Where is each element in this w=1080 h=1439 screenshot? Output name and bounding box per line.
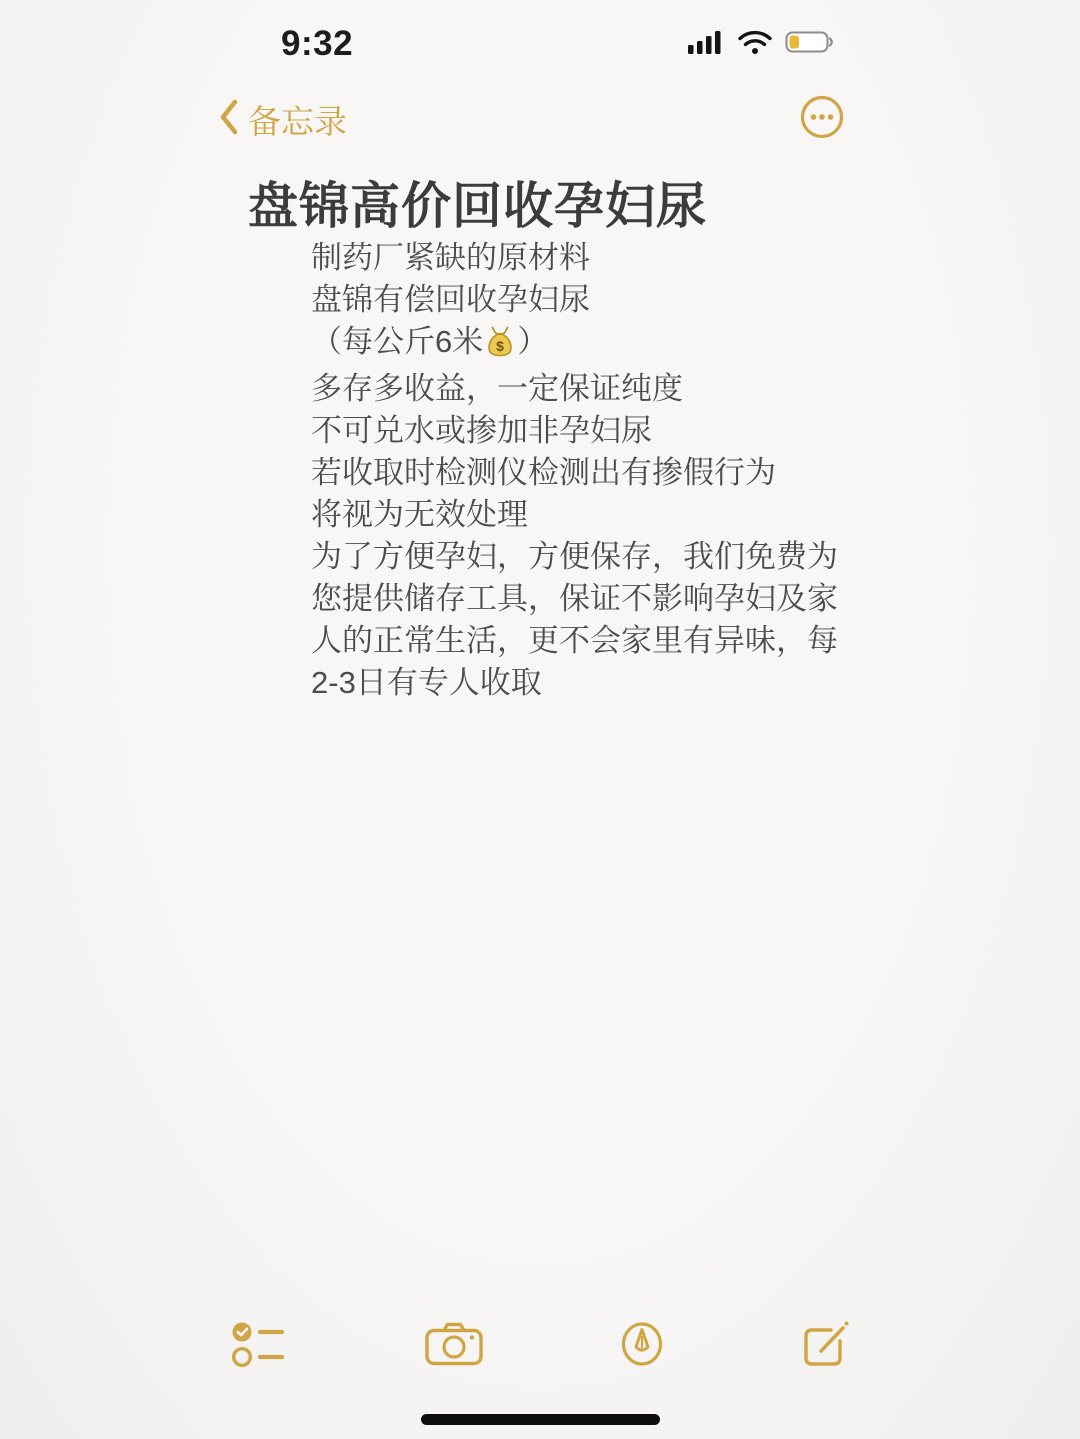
money-bag-emoji: $ (485, 325, 515, 368)
wifi-icon (737, 28, 773, 60)
back-chevron-icon (218, 98, 240, 141)
checklist-icon (231, 1320, 285, 1373)
more-button[interactable] (799, 94, 845, 140)
markup-button[interactable] (612, 1318, 672, 1374)
note-body-line: 您提供储存工具，保证不影响孕妇及家 (311, 578, 871, 620)
back-button[interactable]: 备忘录 (218, 96, 347, 143)
note-body-line-price: （每公斤6米 $ ） (311, 321, 871, 368)
battery-icon (785, 29, 835, 60)
note-body-line: 制药厂紧缺的原材料 (311, 237, 871, 279)
svg-text:$: $ (496, 338, 504, 354)
camera-icon (425, 1320, 483, 1373)
note-body-line: 盘锦有偿回收孕妇尿 (311, 279, 871, 321)
signal-strength-icon (688, 29, 725, 60)
compose-button[interactable] (796, 1318, 856, 1374)
checklist-button[interactable] (228, 1318, 288, 1374)
note-title[interactable]: 盘锦高价回收孕妇尿 (248, 166, 948, 238)
note-body-line: 多存多收益，一定保证纯度 (311, 368, 871, 410)
markup-pen-icon (618, 1320, 666, 1373)
price-text-pre: （每公斤6米 (311, 324, 483, 359)
note-body-line: 不可兑水或掺加非孕妇尿 (311, 410, 871, 452)
compose-icon (801, 1319, 851, 1374)
status-time: 9:32 (281, 24, 353, 64)
price-text-post: ） (517, 324, 548, 359)
camera-button[interactable] (424, 1318, 484, 1374)
home-indicator[interactable] (421, 1414, 660, 1425)
note-body-line: 为了方便孕妇，方便保存，我们免费为 (311, 536, 871, 578)
note-body-line: 2-3日有专人收取 (311, 662, 871, 704)
note-body-line: 人的正常生活，更不会家里有异味，每 (311, 620, 871, 662)
note-body-line: 若收取时检测仪检测出有掺假行为 (311, 452, 871, 494)
note-body-line: 将视为无效处理 (311, 494, 871, 536)
back-label: 备忘录 (248, 96, 347, 143)
status-icons (688, 28, 835, 60)
ellipsis-circle-icon (799, 127, 845, 144)
note-body[interactable]: 制药厂紧缺的原材料 盘锦有偿回收孕妇尿 （每公斤6米 $ ） 多存多收益，一定保… (311, 237, 871, 704)
